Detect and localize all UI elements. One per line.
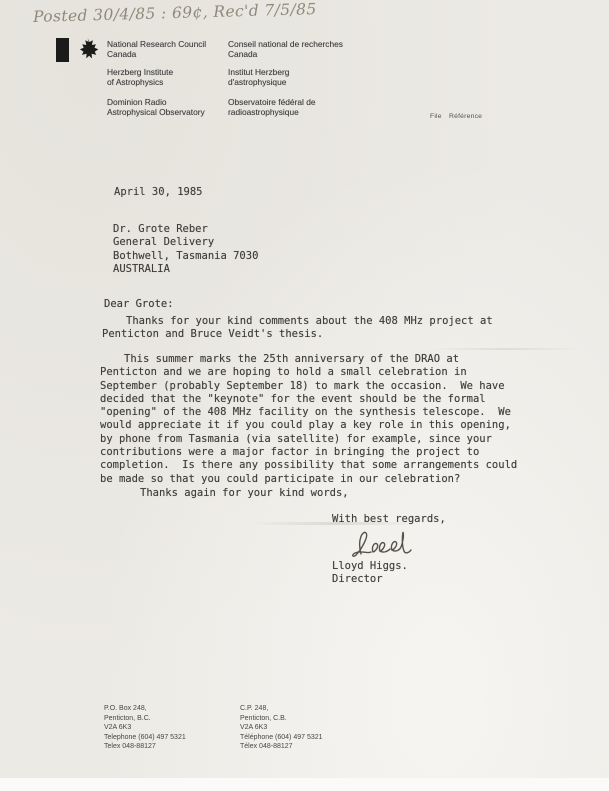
paragraph-3: Thanks again for your kind words, <box>140 487 349 500</box>
canada-flag-icon <box>56 37 102 68</box>
footer-address-en: P.O. Box 248, Penticton, B.C. V2A 6K3 Te… <box>104 704 186 752</box>
salutation: Dear Grote: <box>104 298 174 311</box>
scan-streak <box>430 348 580 350</box>
closing-line: With best regards, <box>332 513 446 526</box>
nrc-name-en: National Research Council Canada <box>107 39 206 60</box>
recipient-address: Dr. Grote Reber General Delivery Bothwel… <box>113 223 258 276</box>
file-label: File <box>430 113 442 120</box>
institute-name-en: Herzberg Institute of Astrophysics <box>107 67 173 88</box>
observatory-name-en: Dominion Radio Astrophysical Observatory <box>107 97 205 118</box>
institute-name-fr: Institut Herzberg d'astrophysique <box>228 67 289 88</box>
scanner-edge-strip <box>0 778 609 791</box>
scanned-letter-page: Posted 30/4/85 : 69¢, Rec'd 7/5/85 Natio… <box>0 0 609 791</box>
letter-date: April 30, 1985 <box>114 186 203 199</box>
paragraph-2: This summer marks the 25th anniversary o… <box>100 353 517 486</box>
handwritten-postal-annotation: Posted 30/4/85 : 69¢, Rec'd 7/5/85 <box>33 0 317 26</box>
footer-address-fr: C.P. 248, Penticton, C.B. V2A 6K3 Téléph… <box>240 704 323 752</box>
paragraph-1: Thanks for your kind comments about the … <box>102 315 493 342</box>
nrc-name-fr: Conseil national de recherches Canada <box>228 39 343 60</box>
observatory-name-fr: Observatoire fédéral de radioastrophysiq… <box>228 97 316 118</box>
signer-name-title: Lloyd Higgs. Director <box>332 560 408 587</box>
reference-label: Référence <box>449 113 482 120</box>
